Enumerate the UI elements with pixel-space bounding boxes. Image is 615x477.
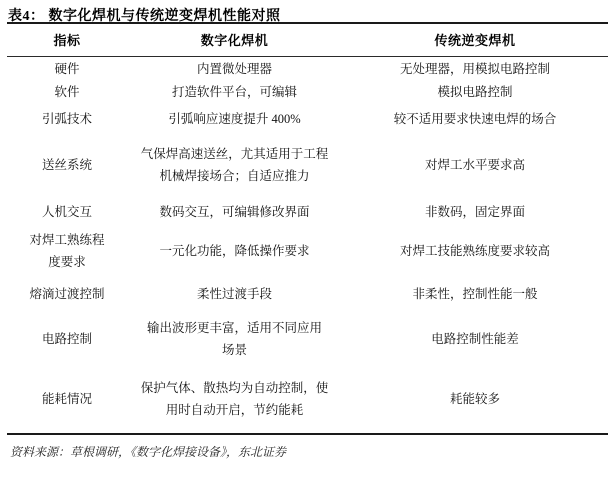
cell-digital: 数码交互，可编辑修改界面 xyxy=(127,195,342,229)
cell-traditional: 较不适用要求快速电焊的场合 xyxy=(342,103,608,135)
report-table-page: 表4： 数字化焊机与传统逆变焊机性能对照 指标 数字化焊机 传统逆变焊机 硬件 … xyxy=(0,0,615,477)
cell-digital: 打造软件平台，可编辑 xyxy=(127,81,342,103)
cell-traditional: 非数码，固定界面 xyxy=(342,195,608,229)
cell-digital: 一元化功能，降低操作要求 xyxy=(127,229,342,273)
cell-traditional: 无处理器，用模拟电路控制 xyxy=(342,56,608,81)
cell-indicator: 软件 xyxy=(7,81,127,103)
comparison-table: 指标 数字化焊机 传统逆变焊机 硬件 内置微处理器 无处理器，用模拟电路控制 软… xyxy=(7,22,608,435)
cell-digital: 引弧响应速度提升 400% xyxy=(127,103,342,135)
table-row: 人机交互 数码交互，可编辑修改界面 非数码，固定界面 xyxy=(7,195,608,229)
cell-indicator: 引弧技术 xyxy=(7,103,127,135)
cell-digital: 输出波形更丰富，适用不同应用 场景 xyxy=(127,314,342,364)
table-title: 表4： 数字化焊机与传统逆变焊机性能对照 xyxy=(0,0,615,22)
cell-digital: 内置微处理器 xyxy=(127,56,342,81)
cell-traditional: 耗能较多 xyxy=(342,364,608,434)
table-row: 软件 打造软件平台，可编辑 模拟电路控制 xyxy=(7,81,608,103)
cell-traditional: 非柔性，控制性能一般 xyxy=(342,273,608,314)
header-row: 指标 数字化焊机 传统逆变焊机 xyxy=(7,23,608,56)
table-row: 引弧技术 引弧响应速度提升 400% 较不适用要求快速电焊的场合 xyxy=(7,103,608,135)
cell-indicator: 熔滴过渡控制 xyxy=(7,273,127,314)
cell-indicator: 电路控制 xyxy=(7,314,127,364)
table-row: 熔滴过渡控制 柔性过渡手段 非柔性，控制性能一般 xyxy=(7,273,608,314)
table-row: 硬件 内置微处理器 无处理器，用模拟电路控制 xyxy=(7,56,608,81)
cell-traditional: 模拟电路控制 xyxy=(342,81,608,103)
column-header-indicator: 指标 xyxy=(7,23,127,56)
cell-indicator: 送丝系统 xyxy=(7,135,127,195)
column-header-traditional: 传统逆变焊机 xyxy=(342,23,608,56)
cell-traditional: 电路控制性能差 xyxy=(342,314,608,364)
cell-indicator: 能耗情况 xyxy=(7,364,127,434)
cell-digital: 气保焊高速送丝，尤其适用于工程 机械焊接场合；自适应推力 xyxy=(127,135,342,195)
table-row: 对焊工熟练程 度要求 一元化功能，降低操作要求 对焊工技能熟练度要求较高 xyxy=(7,229,608,273)
cell-indicator: 人机交互 xyxy=(7,195,127,229)
table-row: 送丝系统 气保焊高速送丝，尤其适用于工程 机械焊接场合；自适应推力 对焊工水平要… xyxy=(7,135,608,195)
table-row: 电路控制 输出波形更丰富，适用不同应用 场景 电路控制性能差 xyxy=(7,314,608,364)
table-row: 能耗情况 保护气体、散热均为自动控制，使 用时自动开启，节约能耗 耗能较多 xyxy=(7,364,608,434)
cell-traditional: 对焊工技能熟练度要求较高 xyxy=(342,229,608,273)
cell-digital: 保护气体、散热均为自动控制，使 用时自动开启，节约能耗 xyxy=(127,364,342,434)
column-header-digital: 数字化焊机 xyxy=(127,23,342,56)
cell-digital: 柔性过渡手段 xyxy=(127,273,342,314)
source-note: 资料来源：草根调研，《数字化焊接设备》，东北证券 xyxy=(10,443,608,460)
cell-indicator: 对焊工熟练程 度要求 xyxy=(7,229,127,273)
cell-indicator: 硬件 xyxy=(7,56,127,81)
cell-traditional: 对焊工水平要求高 xyxy=(342,135,608,195)
